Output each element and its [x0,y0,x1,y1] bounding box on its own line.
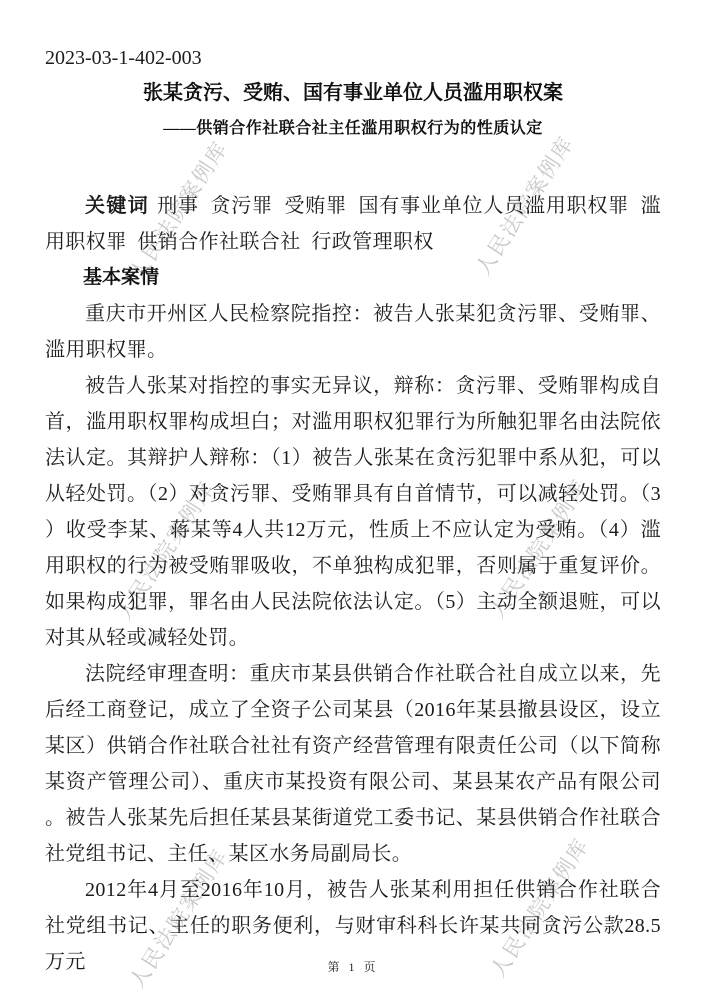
paragraph-indictment: 重庆市开州区人民检察院指控：被告人张某犯贪污罪、受贿罪、滥用职权罪。 [45,296,661,368]
case-doc-number: 2023-03-1-402-003 [45,44,661,72]
paragraph-defense: 被告人张某对指控的事实无异议，辩称：贪污罪、受贿罪构成自首，滥用职权罪构成坦白；… [45,368,661,656]
case-subtitle: ——供销合作社联合社主任滥用职权行为的性质认定 [45,118,661,140]
keywords-line: 关键词刑事 贪污罪 受贿罪 国有事业单位人员滥用职权罪 滥用职权罪 供销合作社联… [45,188,661,260]
page-footer: 第 1 页 [0,958,706,975]
paragraph-court-findings: 法院经审理查明：重庆市某县供销合作社联合社自成立以来，先后经工商登记，成立了全资… [45,656,661,872]
document-content: 2023-03-1-402-003 张某贪污、受贿、国有事业单位人员滥用职权案 … [0,0,706,980]
keywords-label: 关键词 [85,195,149,217]
section-heading-basic-facts: 基本案情 [45,260,661,296]
document-page: 人民法院案例库 人民法院案例库 人民法院案例库 人民法院案例库 人民法院案例库 … [0,0,706,999]
case-title: 张某贪污、受贿、国有事业单位人员滥用职权案 [45,80,661,106]
